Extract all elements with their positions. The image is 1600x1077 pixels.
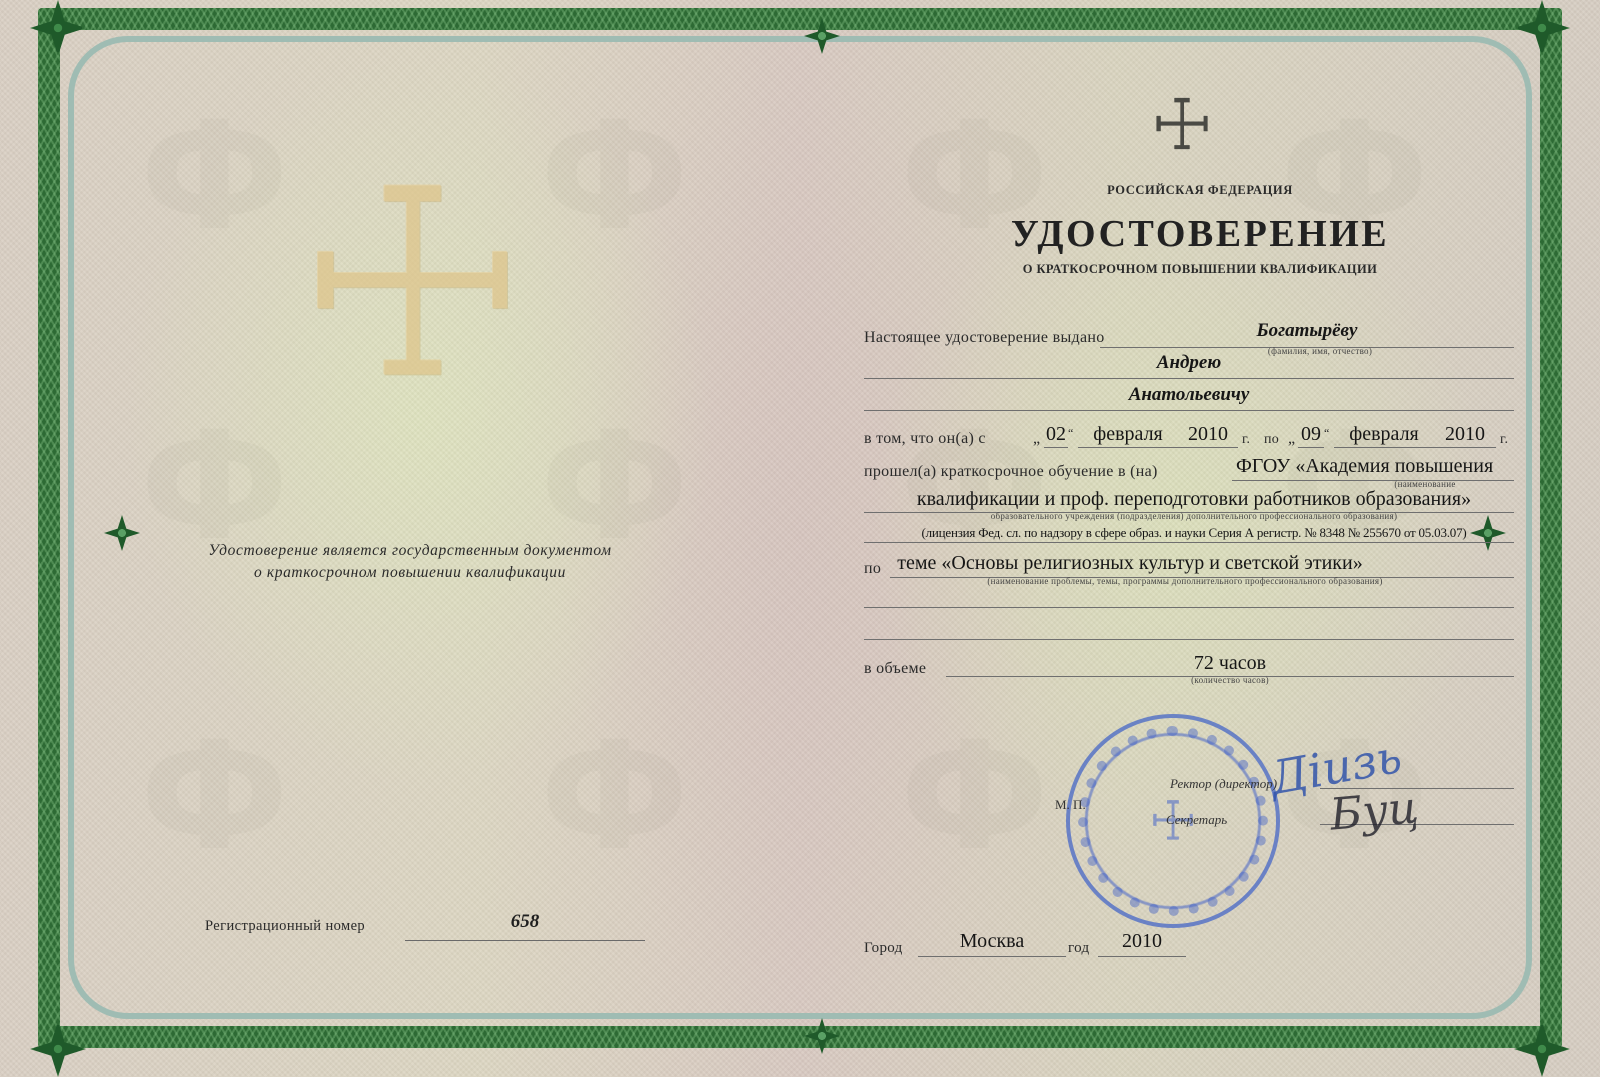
volume-hint: (количество часов) — [1130, 675, 1330, 685]
volume-value: 72 часов — [1130, 652, 1330, 675]
institution-label: прошел(а) краткосрочное обучение в (на) — [864, 463, 1158, 481]
topic-hint: (наименование проблемы, темы, программы … — [890, 576, 1480, 586]
open-quote: „ — [1288, 430, 1295, 448]
from-year: 2010 — [1178, 423, 1238, 446]
institution-hint-2: образовательного учреждения (подразделен… — [864, 511, 1524, 521]
topic-value: теме «Основы религиозных культур и светс… — [890, 552, 1370, 575]
registration-number: 658 — [405, 911, 645, 933]
field-line — [1298, 447, 1324, 448]
city-label: Город — [864, 940, 903, 957]
patronymic-value: Анатольевичу — [864, 384, 1514, 406]
field-line — [1098, 956, 1186, 957]
institution-line-1: ФГОУ «Академия повышения — [1232, 455, 1566, 478]
year-label: год — [1068, 940, 1089, 957]
from-day: 02 — [1044, 423, 1068, 446]
close-quote: “ — [1068, 426, 1074, 441]
field-line — [864, 607, 1514, 608]
open-quote: „ — [1033, 430, 1040, 448]
document-subtitle: О КРАТКОСРОЧНОМ ПОВЫШЕНИИ КВАЛИФИКАЦИИ — [960, 262, 1440, 277]
to-year: 2010 — [1434, 423, 1496, 446]
topic-label: по — [864, 560, 881, 578]
volume-label: в объеме — [864, 660, 926, 678]
coat-of-arms-emboss-icon: ☩ — [262, 125, 562, 445]
from-month: февраля — [1078, 423, 1178, 446]
document-status-note: Удостоверение является государственным д… — [150, 540, 670, 584]
first-name-value: Андрею — [864, 352, 1514, 374]
rector-label: Ректор (директор) — [1170, 776, 1277, 792]
license-text: (лицензия Фед. сл. по надзору в сфере об… — [864, 525, 1524, 541]
year-suffix: г. — [1500, 432, 1508, 448]
note-line-1: Удостоверение является государственным д… — [150, 540, 670, 562]
registration-underline — [405, 940, 645, 941]
secretary-label: Секретарь — [1166, 812, 1227, 828]
institution-line-2: квалификации и проф. переподготовки рабо… — [864, 488, 1524, 511]
country-label: РОССИЙСКАЯ ФЕДЕРАЦИЯ — [1040, 183, 1360, 198]
field-line — [1334, 447, 1434, 448]
secretary-signature: Буц — [1328, 782, 1421, 841]
year-suffix: г. — [1242, 432, 1250, 448]
field-line — [918, 956, 1066, 957]
field-line — [864, 378, 1514, 379]
year-value: 2010 — [1098, 930, 1186, 953]
surname-value: Богатырёву — [1100, 320, 1514, 342]
to-label: по — [1264, 432, 1279, 448]
close-quote: “ — [1324, 426, 1330, 441]
certificate-spread: Ф Ф Ф Ф Ф Ф Ф Ф Ф Ф Ф Ф ☩ Удостоверение … — [0, 0, 1600, 1077]
registration-label: Регистрационный номер — [205, 918, 365, 935]
seal-label: М. П. — [1055, 797, 1086, 813]
field-line — [864, 542, 1514, 543]
period-prefix: в том, что он(а) с — [864, 430, 986, 448]
city-value: Москва — [918, 930, 1066, 953]
field-line — [864, 410, 1514, 411]
issued-label: Настоящее удостоверение выдано — [864, 329, 1105, 347]
field-line — [1044, 447, 1068, 448]
to-month: февраля — [1334, 423, 1434, 446]
document-title: УДОСТОВЕРЕНИЕ — [960, 212, 1440, 256]
to-day: 09 — [1298, 423, 1324, 446]
field-line — [1078, 447, 1178, 448]
coat-of-arms-icon: ☩ — [1137, 80, 1227, 170]
field-line — [1434, 447, 1496, 448]
field-line — [864, 639, 1514, 640]
note-line-2: о краткосрочном повышении квалификации — [150, 562, 670, 584]
field-line — [1178, 447, 1238, 448]
